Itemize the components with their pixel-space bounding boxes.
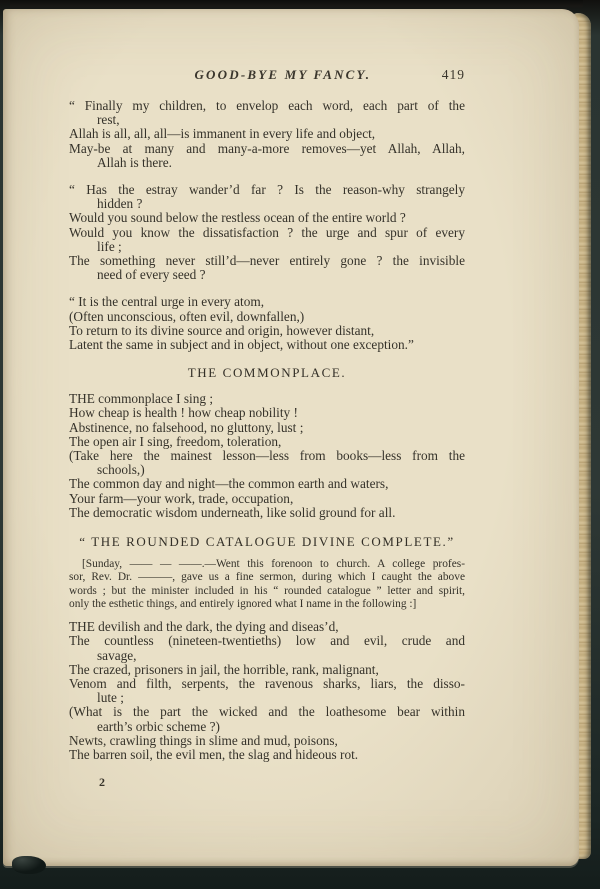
page-text-block: GOOD-BYE MY FANCY. 419 “ Finally my chil… — [69, 9, 465, 790]
poem-line: schools,) — [69, 463, 465, 477]
note-line: words ; but the minister included in his… — [69, 585, 465, 598]
poem-stanza-central-urge: “ It is the central urge in every atom,(… — [69, 295, 465, 352]
poem-line: “ Has the estray wander’d far ? Is the r… — [69, 183, 465, 197]
note-line: [Sunday, —— — ——.—Went this forenoon to … — [69, 558, 465, 571]
section-heading-the-commonplace: THE COMMONPLACE. — [69, 365, 465, 381]
poem-line: rest, — [69, 113, 465, 127]
poem-line: (Take here the mainest lesson—less from … — [69, 449, 465, 463]
poem-line: The open air I sing, freedom, toleration… — [69, 435, 465, 449]
poem-line: “ Finally my children, to envelop each w… — [69, 99, 465, 113]
poem-line: The countless (nineteen-twentieths) low … — [69, 634, 465, 648]
poem-line: need of every seed ? — [69, 268, 465, 282]
bottom-left-cover-curl — [12, 856, 46, 874]
poem-line: lute ; — [69, 691, 465, 705]
poem-the-commonplace: THE commonplace I sing ;How cheap is hea… — [69, 392, 465, 520]
poem-line: The common day and night—the common eart… — [69, 477, 465, 491]
poem-line: Latent the same in subject and in object… — [69, 338, 465, 352]
poem-line: Your farm—your work, trade, occupation, — [69, 492, 465, 506]
poem-line: How cheap is health ! how cheap nobility… — [69, 406, 465, 420]
poem-line: Would you know the dissatisfaction ? the… — [69, 226, 465, 240]
poem-line: Would you sound below the restless ocean… — [69, 211, 465, 225]
poem-line: (Often unconscious, often evil, downfall… — [69, 310, 465, 324]
page-number: 419 — [442, 67, 465, 83]
poem-line: THE devilish and the dark, the dying and… — [69, 620, 465, 634]
poem-line: Allah is there. — [69, 156, 465, 170]
poem-rounded-catalogue: THE devilish and the dark, the dying and… — [69, 620, 465, 762]
poem-line: Newts, crawling things in slime and mud,… — [69, 734, 465, 748]
scan-top-shadow-band — [10, 0, 583, 9]
poem-line: To return to its divine source and origi… — [69, 324, 465, 338]
section-heading-rounded-catalogue: “ THE ROUNDED CATALOGUE DIVINE COMPLETE.… — [69, 534, 465, 550]
signature-mark: 2 — [69, 775, 465, 790]
poem-line: “ It is the central urge in every atom, — [69, 295, 465, 309]
poem-line: The crazed, prisoners in jail, the horri… — [69, 663, 465, 677]
note-line: sor, Rev. Dr. ———, gave us a fine sermon… — [69, 571, 465, 584]
poem-line: The democratic wisdom underneath, like s… — [69, 506, 465, 520]
poem-stanza-estray: “ Has the estray wander’d far ? Is the r… — [69, 183, 465, 282]
poem-stanza-allah: “ Finally my children, to envelop each w… — [69, 99, 465, 170]
poem-line: THE commonplace I sing ; — [69, 392, 465, 406]
poem-line: Abstinence, no falsehood, no gluttony, l… — [69, 421, 465, 435]
poem-line: (What is the part the wicked and the loa… — [69, 705, 465, 719]
scanned-book-page: GOOD-BYE MY FANCY. 419 “ Finally my chil… — [0, 0, 600, 889]
poem-line: life ; — [69, 240, 465, 254]
poem-line: May-be at many and many-a-more removes—y… — [69, 142, 465, 156]
running-header: GOOD-BYE MY FANCY. 419 — [69, 67, 465, 84]
bracketed-prose-note: [Sunday, —— — ——.—Went this forenoon to … — [69, 558, 465, 611]
poem-line: Venom and filth, serpents, the ravenous … — [69, 677, 465, 691]
book-paper-page: GOOD-BYE MY FANCY. 419 “ Finally my chil… — [3, 9, 579, 866]
poem-line: The barren soil, the evil men, the slag … — [69, 748, 465, 762]
running-header-title: GOOD-BYE MY FANCY. — [194, 67, 371, 83]
poem-line: savage, — [69, 649, 465, 663]
poem-line: earth’s orbic scheme ?) — [69, 720, 465, 734]
poem-line: Allah is all, all, all—is immanent in ev… — [69, 127, 465, 141]
poem-line: hidden ? — [69, 197, 465, 211]
poem-line: The something never still’d—never entire… — [69, 254, 465, 268]
note-line: only the esthetic things, and entirely i… — [69, 598, 465, 611]
